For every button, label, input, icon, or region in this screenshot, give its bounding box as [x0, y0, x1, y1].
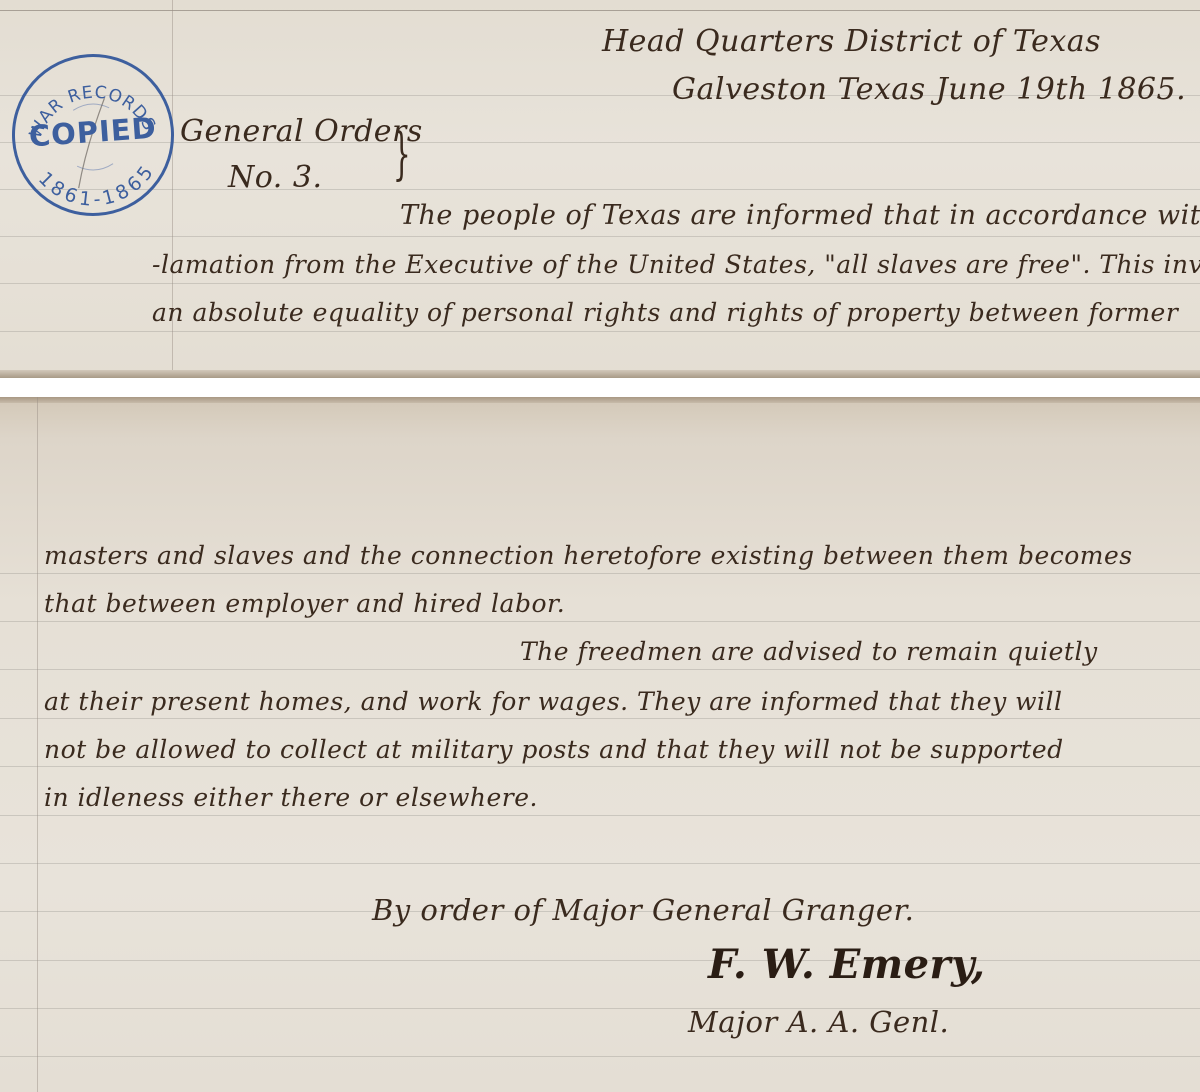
ruled-line: [0, 766, 1200, 767]
ruled-line: [0, 283, 1200, 284]
ruled-line: [0, 815, 1200, 816]
body-line: The people of Texas are informed that in…: [400, 200, 1200, 231]
margin-line: [37, 397, 38, 1092]
page-edge-shadow: [0, 370, 1200, 378]
header-date: Galveston Texas June 19th 1865.: [672, 72, 1186, 107]
body-line: masters and slaves and the connection he…: [44, 541, 1133, 570]
signature: F. W. Emery,: [708, 941, 985, 988]
header-location: Head Quarters District of Texas: [602, 24, 1101, 59]
ruled-line: [0, 10, 1200, 11]
ruled-line: [0, 863, 1200, 864]
ruled-line: [0, 1008, 1200, 1009]
page-edge-shadow: [0, 397, 1200, 403]
ledger-page-top: WAR RECORDS 1861-1865 COPIED Head Quarte…: [0, 0, 1200, 378]
by-order-line: By order of Major General Granger.: [372, 893, 914, 927]
stamp-bottom-text: 1861-1865: [33, 160, 160, 214]
ruled-line: [0, 236, 1200, 237]
ruled-line: [0, 960, 1200, 961]
svg-text:1861-1865: 1861-1865: [33, 160, 160, 214]
body-line: The freedmen are advised to remain quiet…: [520, 637, 1098, 666]
body-line: in idleness either there or elsewhere.: [44, 783, 538, 812]
war-records-copied-stamp: WAR RECORDS 1861-1865 COPIED: [7, 49, 180, 222]
signatory-title: Major A. A. Genl.: [688, 1005, 949, 1039]
ruled-line: [0, 331, 1200, 332]
brace-mark: }: [393, 122, 411, 187]
ruled-line: [0, 189, 1200, 190]
ruled-line: [0, 669, 1200, 670]
ledger-page-bottom: masters and slaves and the connection he…: [0, 397, 1200, 1092]
ruled-line: [0, 573, 1200, 574]
body-line: not be allowed to collect at military po…: [44, 735, 1064, 764]
ruled-line: [0, 718, 1200, 719]
body-line: at their present homes, and work for wag…: [44, 687, 1063, 716]
ruled-line: [0, 621, 1200, 622]
body-line: that between employer and hired labor.: [44, 589, 565, 618]
ruled-line: [0, 1056, 1200, 1057]
order-number: No. 3.: [228, 160, 322, 195]
order-title: General Orders: [180, 114, 423, 149]
body-line: -lamation from the Executive of the Unit…: [152, 250, 1200, 279]
body-line: an absolute equality of personal rights …: [152, 298, 1178, 327]
